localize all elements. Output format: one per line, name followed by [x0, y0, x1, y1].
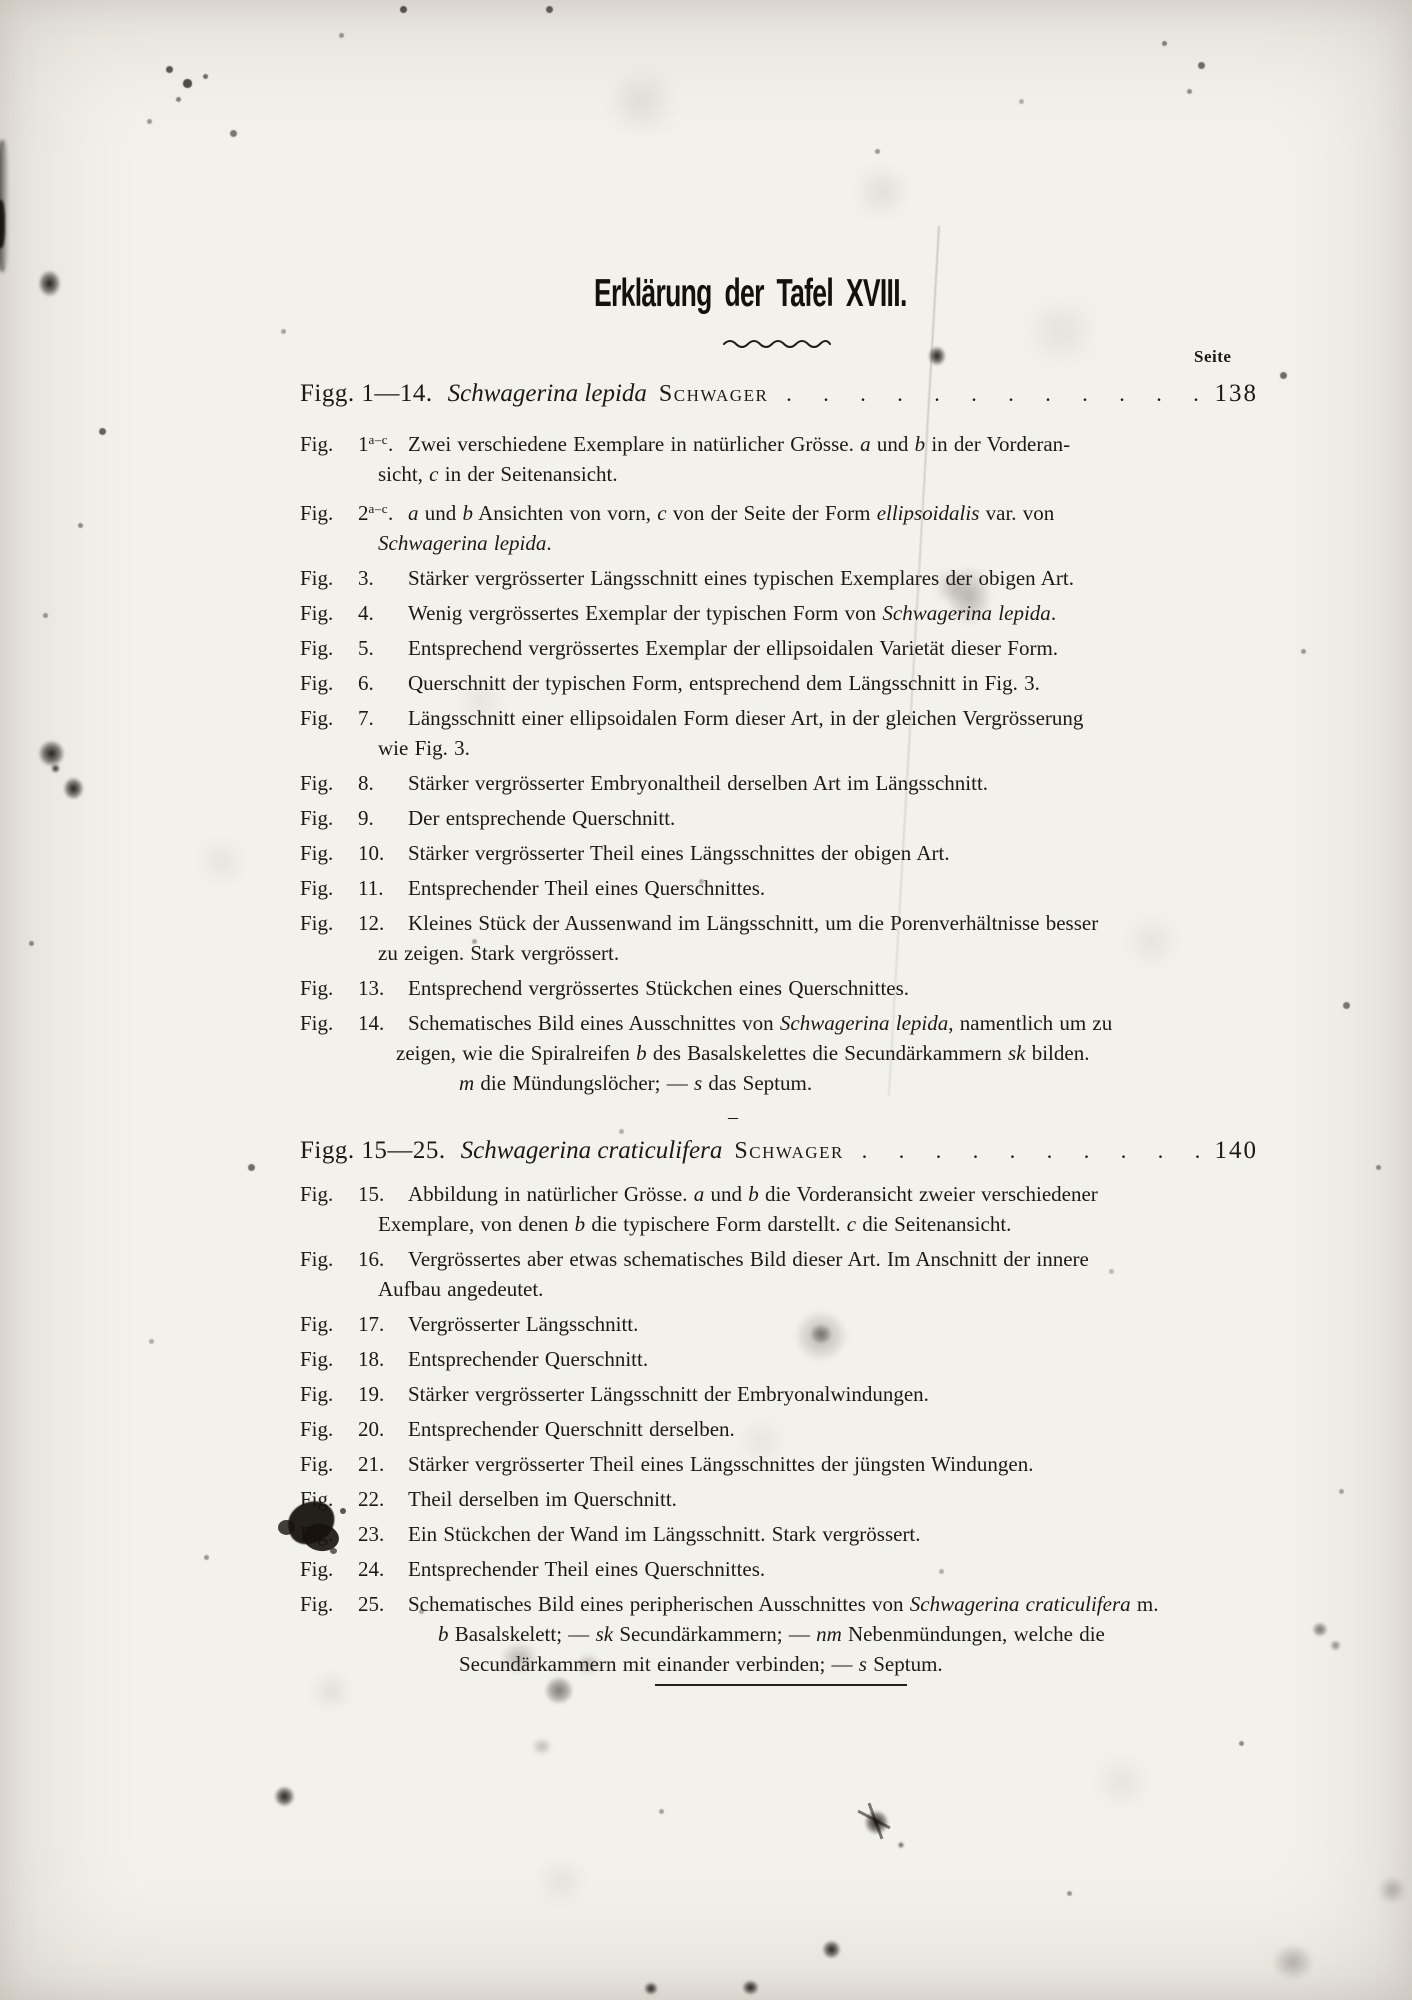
text-run: 18.	[358, 1347, 384, 1371]
text-run: c	[657, 501, 666, 525]
text-run: Kleines Stück der Aussenwand im Längssch…	[408, 911, 1098, 935]
figure-label: Fig.	[300, 973, 358, 1003]
figure-entry: Fig.12.Kleines Stück der Aussenwand im L…	[300, 908, 1258, 968]
figure-number: 12.	[358, 908, 408, 938]
text-run: Schematisches Bild eines peripherischen …	[408, 1592, 910, 1616]
author-name: Schwager	[659, 378, 768, 410]
stain	[0, 200, 5, 248]
figure-number: 23.	[358, 1519, 408, 1549]
text-run: 15.	[358, 1182, 384, 1206]
dot-leader: . . . . . . . . . . . . . . .	[786, 378, 1210, 410]
figure-label: Fig.	[300, 908, 358, 938]
figure-range-label: Figg. 15—25.	[300, 1135, 446, 1167]
entry-line: Fig.25.Schematisches Bild eines peripher…	[300, 1589, 1258, 1619]
text-run: bilden.	[1025, 1041, 1089, 1065]
figure-label: Fig.	[300, 598, 358, 628]
text-run: Septum.	[867, 1652, 943, 1676]
figure-label: Fig.	[300, 703, 358, 733]
stain	[51, 764, 60, 773]
text-run: b	[636, 1041, 647, 1065]
entry-text: zeigen, wie die Spiralreifen b des Basal…	[396, 1041, 1089, 1065]
entry-text: m die Mündungslöcher; — s das Septum.	[459, 1071, 812, 1095]
figure-label: Fig.	[300, 1179, 358, 1209]
figure-number: 3.	[358, 563, 408, 593]
stain	[1378, 1876, 1406, 1904]
text-run: nm	[816, 1622, 842, 1646]
text-run: Aufbau angedeutet.	[378, 1277, 543, 1301]
figure-number: 15.	[358, 1179, 408, 1209]
text-run: 16.	[358, 1247, 384, 1271]
entry-line: Secundärkammern mit einander verbinden; …	[300, 1649, 1258, 1679]
figure-number: 9.	[358, 803, 408, 833]
text-run: a–c	[369, 432, 389, 447]
section-separator: –	[728, 1103, 1258, 1131]
entry-line: Fig.15.Abbildung in natürlicher Grösse. …	[300, 1179, 1258, 1209]
figure-number: 19.	[358, 1379, 408, 1409]
text-run: Zwei verschiedene Exemplare in natürlich…	[408, 432, 860, 456]
text-run: in der Seitenansicht.	[439, 462, 618, 486]
figure-entry: Fig.2a–c.a und b Ansichten von vorn, c v…	[300, 494, 1258, 558]
text-run: Exemplare, von denen	[378, 1212, 575, 1236]
entry-text: Entsprechender Theil eines Querschnittes…	[408, 876, 765, 900]
text-run: 22.	[358, 1487, 384, 1511]
figure-entry: Fig.11.Entsprechender Theil eines Quersc…	[300, 873, 1258, 903]
text-run: b	[915, 432, 926, 456]
text-run: Stärker vergrösserter Längsschnitt eines…	[408, 566, 1074, 590]
text-run: , namentlich um zu	[948, 1011, 1112, 1035]
text-run: Stärker vergrösserter Theil eines Längss…	[408, 1452, 1034, 1476]
text-run: 1	[358, 432, 369, 456]
entry-line: Aufbau angedeutet.	[300, 1274, 1258, 1304]
text-run: Schwagerina craticulifera	[910, 1592, 1131, 1616]
entry-line: Fig.2a–c.a und b Ansichten von vorn, c v…	[300, 494, 1258, 528]
text-run: Nebenmündungen, welche die	[842, 1622, 1105, 1646]
entry-line: m die Mündungslöcher; — s das Septum.	[300, 1068, 1258, 1098]
text-run: zu zeigen. Stark vergrössert.	[378, 941, 619, 965]
dot-leader: . . . . . . . . . . . . .	[862, 1135, 1211, 1167]
text-run: b	[463, 501, 474, 525]
stain	[38, 270, 61, 297]
text-run: m.	[1131, 1592, 1159, 1616]
text-run: Entsprechend vergrössertes Stückchen ein…	[408, 976, 909, 1000]
entry-text: b Basalskelett; — sk Secundärkammern; — …	[438, 1622, 1105, 1646]
figure-number: 14.	[358, 1008, 408, 1038]
text-run: von der Seite der Form	[667, 501, 877, 525]
entry-line: Fig.9.Der entsprechende Querschnitt.	[300, 803, 1258, 833]
entry-text: Zwei verschiedene Exemplare in natürlich…	[408, 432, 1070, 456]
page-title: Erklärung der Tafel XVIII.	[594, 272, 907, 316]
entry-line: Schwagerina lepida.	[300, 528, 1258, 558]
text-run: Secundärkammern; —	[613, 1622, 816, 1646]
stain	[274, 1786, 295, 1807]
figure-entry: Fig.9.Der entsprechende Querschnitt.	[300, 803, 1258, 833]
text-run: .	[388, 432, 393, 456]
ink-blot	[278, 1520, 295, 1535]
stain	[1272, 1944, 1314, 1980]
text-run: 8.	[358, 771, 374, 795]
text-run: Stärker vergrösserter Theil eines Längss…	[408, 841, 950, 865]
stain	[1312, 1622, 1328, 1637]
entry-line: Fig.21.Stärker vergrösserter Theil eines…	[300, 1449, 1258, 1479]
figure-entry: Fig.20.Entsprechender Querschnitt dersel…	[300, 1414, 1258, 1444]
text-run: a	[408, 501, 419, 525]
figure-range-label: Figg. 1—14.	[300, 378, 433, 410]
entry-text: Schematisches Bild eines peripherischen …	[408, 1592, 1158, 1616]
figure-number: 6.	[358, 668, 408, 698]
figure-number: 5.	[358, 633, 408, 663]
figure-label: Fig.	[300, 803, 358, 833]
figure-entry: Fig.23.Ein Stückchen der Wand im Längssc…	[300, 1519, 1258, 1549]
entry-line: Fig.14.Schematisches Bild eines Ausschni…	[300, 1008, 1258, 1038]
figure-label: Fig.	[300, 1449, 358, 1479]
entry-line: Fig.20.Entsprechender Querschnitt dersel…	[300, 1414, 1258, 1444]
text-run: a	[860, 432, 871, 456]
figure-number: 25.	[358, 1589, 408, 1619]
text-run: und	[419, 501, 463, 525]
text-run: Entsprechender Querschnitt derselben.	[408, 1417, 735, 1441]
figure-number: 7.	[358, 703, 408, 733]
entry-line: Fig.1a–c.Zwei verschiedene Exemplare in …	[300, 425, 1258, 459]
figure-entry: Fig.16.Vergrössertes aber etwas schemati…	[300, 1244, 1258, 1304]
figure-label: Fig.	[300, 429, 358, 459]
text-run: Stärker vergrösserter Längsschnitt der E…	[408, 1382, 929, 1406]
text-run: 2	[358, 501, 369, 525]
text-run: das Septum.	[702, 1071, 812, 1095]
figure-entry: Fig.17.Vergrösserter Längsschnitt.	[300, 1309, 1258, 1339]
figure-entry: Fig.1a–c.Zwei verschiedene Exemplare in …	[300, 425, 1258, 489]
text-run: und	[871, 432, 915, 456]
entry-text: Theil derselben im Querschnitt.	[408, 1487, 677, 1511]
text-run: 5.	[358, 636, 374, 660]
text-run: Querschnitt der typischen Form, entsprec…	[408, 671, 1040, 695]
entry-line: Fig.3.Stärker vergrösserter Längsschnitt…	[300, 563, 1258, 593]
figure-number: 11.	[358, 873, 408, 903]
stain	[38, 740, 65, 767]
entry-line: Fig.7.Längsschnitt einer ellipsoidalen F…	[300, 703, 1258, 733]
species-name: Schwagerina lepida	[448, 378, 647, 410]
figure-entry: Fig.8.Stärker vergrösserter Embryonalthe…	[300, 768, 1258, 798]
text-run: 25.	[358, 1592, 384, 1616]
text-run: sicht,	[378, 462, 429, 486]
text-run: b	[575, 1212, 586, 1236]
text-run: m	[459, 1071, 474, 1095]
text-run: 24.	[358, 1557, 384, 1581]
text-run: Entsprechender Theil eines Querschnittes…	[408, 876, 765, 900]
figure-number: 8.	[358, 768, 408, 798]
smudge-noise	[0, 0, 3, 3]
entry-line: Fig.11.Entsprechender Theil eines Quersc…	[300, 873, 1258, 903]
text-run: Vergrössertes aber etwas schematisches B…	[408, 1247, 1089, 1271]
entry-text: Abbildung in natürlicher Grösse. a und b…	[408, 1182, 1098, 1206]
text-run: 11.	[358, 876, 383, 900]
text-run: die Mündungslöcher; —	[474, 1071, 694, 1095]
text-run: Wenig vergrössertes Exemplar der typisch…	[408, 601, 882, 625]
figure-number: 1a–c.	[358, 425, 408, 459]
entry-line: sicht, c in der Seitenansicht.	[300, 459, 1258, 489]
text-run: 9.	[358, 806, 374, 830]
figure-entry: Fig.14.Schematisches Bild eines Ausschni…	[300, 1008, 1258, 1098]
entry-line: zeigen, wie die Spiralreifen b des Basal…	[300, 1038, 1258, 1068]
entry-line: Fig.5.Entsprechend vergrössertes Exempla…	[300, 633, 1258, 663]
figure-entry: Fig.10.Stärker vergrösserter Theil eines…	[300, 838, 1258, 868]
figure-number: 17.	[358, 1309, 408, 1339]
figure-label: Fig.	[300, 1344, 358, 1374]
text-run: 6.	[358, 671, 374, 695]
entry-text: Längsschnitt einer ellipsoidalen Form di…	[408, 706, 1083, 730]
text-run: Secundärkammern mit einander verbinden; …	[459, 1652, 859, 1676]
text-run: 14.	[358, 1011, 384, 1035]
text-run: des Basalskelettes die Secundärkammern	[647, 1041, 1008, 1065]
figure-label: Fig.	[300, 1589, 358, 1619]
figure-number: 22.	[358, 1484, 408, 1514]
text-run: .	[546, 531, 551, 555]
stain	[928, 346, 946, 366]
entry-text: Stärker vergrösserter Längsschnitt der E…	[408, 1382, 929, 1406]
text-run: zeigen, wie die Spiralreifen	[396, 1041, 636, 1065]
entry-line: Fig.6.Querschnitt der typischen Form, en…	[300, 668, 1258, 698]
text-run: Ansichten von vorn,	[473, 501, 657, 525]
figure-entry: Fig.21.Stärker vergrösserter Theil eines…	[300, 1449, 1258, 1479]
text-run: Schematisches Bild eines Ausschnittes vo…	[408, 1011, 780, 1035]
text-run: Vergrösserter Längsschnitt.	[408, 1312, 638, 1336]
seite-column-label: Seite	[1194, 347, 1231, 367]
entry-line: zu zeigen. Stark vergrössert.	[300, 938, 1258, 968]
entry-line: Fig.12.Kleines Stück der Aussenwand im L…	[300, 908, 1258, 938]
entry-text: Entsprechender Querschnitt derselben.	[408, 1417, 735, 1441]
entry-text: Vergrössertes aber etwas schematisches B…	[408, 1247, 1089, 1271]
ink-blot	[340, 1508, 346, 1514]
figure-entry: Fig.4.Wenig vergrössertes Exemplar der t…	[300, 598, 1258, 628]
text-run: 20.	[358, 1417, 384, 1441]
text-run: die Seitenansicht.	[856, 1212, 1011, 1236]
entry-text: Kleines Stück der Aussenwand im Längssch…	[408, 911, 1098, 935]
entry-line: Fig.18.Entsprechender Querschnitt.	[300, 1344, 1258, 1374]
text-run: .	[1051, 601, 1056, 625]
entry-text: Entsprechender Theil eines Querschnittes…	[408, 1557, 765, 1581]
entry-text: Secundärkammern mit einander verbinden; …	[459, 1652, 943, 1676]
text-run: c	[429, 462, 438, 486]
plate-explanation-list: Figg. 1—14.Schwagerina lepidaSchwager. .…	[300, 378, 1258, 1684]
entry-line: Fig.19.Stärker vergrösserter Längsschnit…	[300, 1379, 1258, 1409]
figure-entry: Fig.6.Querschnitt der typischen Form, en…	[300, 668, 1258, 698]
text-run: c	[847, 1212, 856, 1236]
text-run: sk	[1008, 1041, 1026, 1065]
stain	[0, 140, 9, 272]
text-run: ellipsoidalis	[877, 501, 980, 525]
entry-text: Wenig vergrössertes Exemplar der typisch…	[408, 601, 1056, 625]
entry-text: a und b Ansichten von vorn, c von der Se…	[408, 501, 1054, 525]
figure-label: Fig.	[300, 563, 358, 593]
entry-text: Entsprechend vergrössertes Stückchen ein…	[408, 976, 909, 1000]
text-run: .	[388, 501, 393, 525]
entry-text: Stärker vergrösserter Theil eines Längss…	[408, 841, 950, 865]
text-run: a	[694, 1182, 705, 1206]
text-run: Ein Stückchen der Wand im Längsschnitt. …	[408, 1522, 921, 1546]
text-run: Schwagerina lepida	[378, 531, 546, 555]
page-reference: 140	[1215, 1135, 1259, 1167]
text-run: in der Vorderan-	[925, 432, 1070, 456]
figure-label: Fig.	[300, 1414, 358, 1444]
text-run: 7.	[358, 706, 374, 730]
text-run: Entsprechender Theil eines Querschnittes…	[408, 1557, 765, 1581]
closing-rule	[655, 1684, 907, 1686]
text-run: Längsschnitt einer ellipsoidalen Form di…	[408, 706, 1083, 730]
entry-text: Stärker vergrösserter Längsschnitt eines…	[408, 566, 1074, 590]
text-run: Basalskelett; —	[449, 1622, 596, 1646]
figure-number: 4.	[358, 598, 408, 628]
figure-number: 20.	[358, 1414, 408, 1444]
text-run: 10.	[358, 841, 384, 865]
entry-line: Fig.22.Theil derselben im Querschnitt.	[300, 1484, 1258, 1514]
text-run: 3.	[358, 566, 374, 590]
text-run: sk	[596, 1622, 614, 1646]
figure-label: Fig.	[300, 838, 358, 868]
entry-line: Fig.23.Ein Stückchen der Wand im Längssc…	[300, 1519, 1258, 1549]
squiggle-divider	[722, 336, 834, 355]
figure-entry: Fig.15.Abbildung in natürlicher Grösse. …	[300, 1179, 1258, 1239]
speck-noise	[0, 0, 3, 3]
entry-line: Fig.8.Stärker vergrösserter Embryonalthe…	[300, 768, 1258, 798]
text-run: 4.	[358, 601, 374, 625]
text-run: wie Fig. 3.	[378, 736, 470, 760]
entry-text: Entsprechender Querschnitt.	[408, 1347, 648, 1371]
entry-text: Stärker vergrösserter Theil eines Längss…	[408, 1452, 1034, 1476]
entry-text: Der entsprechende Querschnitt.	[408, 806, 675, 830]
text-run: Entsprechend vergrössertes Exemplar der …	[408, 636, 1058, 660]
text-run: b	[748, 1182, 759, 1206]
stain	[1330, 1640, 1341, 1651]
section-heading: Figg. 15—25.Schwagerina craticuliferaSch…	[300, 1135, 1258, 1167]
figure-entry: Fig.5.Entsprechend vergrössertes Exempla…	[300, 633, 1258, 663]
entry-line: b Basalskelett; — sk Secundärkammern; — …	[300, 1619, 1258, 1649]
figure-label: Fig.	[300, 873, 358, 903]
entry-line: Exemplare, von denen b die typischere Fo…	[300, 1209, 1258, 1239]
entry-text: Exemplare, von denen b die typischere Fo…	[378, 1212, 1011, 1236]
entry-line: Fig.4.Wenig vergrössertes Exemplar der t…	[300, 598, 1258, 628]
entry-text: Ein Stückchen der Wand im Längsschnitt. …	[408, 1522, 921, 1546]
scanned-page: Erklärung der Tafel XVIII. Seite Figg. 1…	[0, 0, 1412, 2000]
figure-label: Fig.	[300, 1379, 358, 1409]
figure-label: Fig.	[300, 1244, 358, 1274]
text-run: Stärker vergrösserter Embryonaltheil der…	[408, 771, 988, 795]
figure-number: 16.	[358, 1244, 408, 1274]
text-run: 19.	[358, 1382, 384, 1406]
figure-entry: Fig.3.Stärker vergrösserter Längsschnitt…	[300, 563, 1258, 593]
entry-text: Vergrösserter Längsschnitt.	[408, 1312, 638, 1336]
entry-text: sicht, c in der Seitenansicht.	[378, 462, 618, 486]
author-name: Schwager	[734, 1135, 843, 1167]
stain	[822, 1940, 841, 1959]
entry-text: wie Fig. 3.	[378, 736, 470, 760]
entry-line: Fig.10.Stärker vergrösserter Theil eines…	[300, 838, 1258, 868]
figure-label: Fig.	[300, 498, 358, 528]
text-run: a–c	[369, 501, 389, 516]
stain	[532, 1738, 552, 1755]
entry-line: Fig.16.Vergrössertes aber etwas schemati…	[300, 1244, 1258, 1274]
section-heading: Figg. 1—14.Schwagerina lepidaSchwager. .…	[300, 378, 1258, 410]
figure-entry: Fig.7.Längsschnitt einer ellipsoidalen F…	[300, 703, 1258, 763]
text-run: 23.	[358, 1522, 384, 1546]
figure-entry: Fig.19.Stärker vergrösserter Längsschnit…	[300, 1379, 1258, 1409]
text-run: 17.	[358, 1312, 384, 1336]
text-run: b	[438, 1622, 449, 1646]
text-run: Schwagerina lepida	[882, 601, 1050, 625]
figure-entry: Fig.22.Theil derselben im Querschnitt.	[300, 1484, 1258, 1514]
figure-number: 21.	[358, 1449, 408, 1479]
text-run: s	[859, 1652, 867, 1676]
stain	[742, 1980, 759, 1995]
text-run: Theil derselben im Querschnitt.	[408, 1487, 677, 1511]
figure-number: 18.	[358, 1344, 408, 1374]
ink-blot	[330, 1548, 337, 1554]
text-run: Schwagerina lepida	[780, 1011, 948, 1035]
figure-entry: Fig.25.Schematisches Bild eines peripher…	[300, 1589, 1258, 1679]
text-run: die Vorderansicht zweier verschiedener	[759, 1182, 1098, 1206]
figure-entry: Fig.18.Entsprechender Querschnitt.	[300, 1344, 1258, 1374]
entry-line: Fig.24.Entsprechender Theil eines Quersc…	[300, 1554, 1258, 1584]
figure-entry: Fig.24.Entsprechender Theil eines Quersc…	[300, 1554, 1258, 1584]
entry-text: Aufbau angedeutet.	[378, 1277, 543, 1301]
entry-text: Querschnitt der typischen Form, entsprec…	[408, 671, 1040, 695]
stain	[898, 1842, 904, 1848]
figure-number: 2a–c.	[358, 494, 408, 528]
figure-number: 13.	[358, 973, 408, 1003]
entry-text: Schwagerina lepida.	[378, 531, 552, 555]
entry-text: zu zeigen. Stark vergrössert.	[378, 941, 619, 965]
text-run: Entsprechender Querschnitt.	[408, 1347, 648, 1371]
stain	[644, 1982, 658, 1995]
entry-text: Stärker vergrösserter Embryonaltheil der…	[408, 771, 988, 795]
figure-label: Fig.	[300, 633, 358, 663]
figure-label: Fig.	[300, 668, 358, 698]
figure-label: Fig.	[300, 1008, 358, 1038]
entry-line: Fig.17.Vergrösserter Längsschnitt.	[300, 1309, 1258, 1339]
figure-number: 24.	[358, 1554, 408, 1584]
text-run: 13.	[358, 976, 384, 1000]
text-run: und	[704, 1182, 748, 1206]
text-run: var. von	[979, 501, 1054, 525]
figure-label: Fig.	[300, 1554, 358, 1584]
text-run: Abbildung in natürlicher Grösse.	[408, 1182, 694, 1206]
figure-label: Fig.	[300, 1309, 358, 1339]
entry-line: Fig.13.Entsprechend vergrössertes Stückc…	[300, 973, 1258, 1003]
text-run: 21.	[358, 1452, 384, 1476]
stain	[63, 777, 84, 800]
figure-label: Fig.	[300, 768, 358, 798]
entry-text: Schematisches Bild eines Ausschnittes vo…	[408, 1011, 1112, 1035]
text-run: s	[694, 1071, 702, 1095]
page-reference: 138	[1215, 378, 1259, 410]
species-name: Schwagerina craticulifera	[461, 1135, 723, 1167]
entry-text: Entsprechend vergrössertes Exemplar der …	[408, 636, 1058, 660]
figure-entry: Fig.13.Entsprechend vergrössertes Stückc…	[300, 973, 1258, 1003]
text-run: Der entsprechende Querschnitt.	[408, 806, 675, 830]
text-run: 12.	[358, 911, 384, 935]
entry-line: wie Fig. 3.	[300, 733, 1258, 763]
text-run: die typischere Form darstellt.	[585, 1212, 847, 1236]
figure-number: 10.	[358, 838, 408, 868]
